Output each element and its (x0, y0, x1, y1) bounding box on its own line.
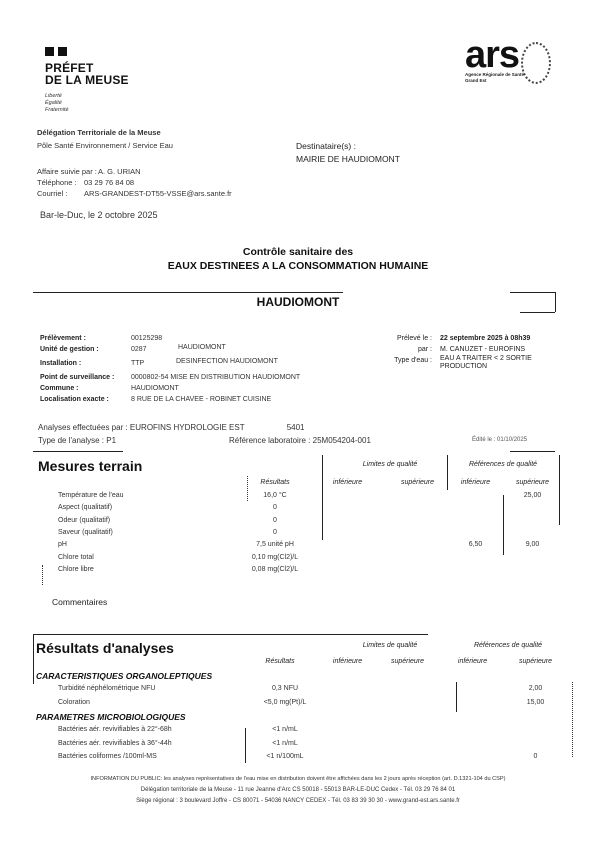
parameter-name: Turbidité néphélométrique NFU (58, 685, 155, 692)
field-col-lim-low: inférieure (320, 479, 375, 486)
lab-col-results: Résultats (245, 658, 315, 665)
category-heading: PARAMETRES MICROBIOLOGIQUES (36, 712, 186, 722)
email-link[interactable]: ARS-GRANDEST-DT55-VSSE@ars.sante.fr (84, 189, 232, 198)
recipient-value: MAIRIE DE HAUDIOMONT (296, 154, 400, 164)
lab-header-limits: Limites de qualité (335, 642, 445, 649)
result-value: 0 (245, 504, 305, 511)
field-measures-title: Mesures terrain (38, 458, 142, 474)
result-value: 7,5 unité pH (245, 541, 305, 548)
parameter-name: pH (58, 541, 67, 548)
result-value: 0,3 NFU (250, 685, 320, 692)
parameter-name: Bactéries coliformes /100ml-MS (58, 753, 157, 760)
sampling-labels: Prélevé le : par : Type d'eau : (360, 333, 432, 366)
ars-logo-icon: ars Agence Régionale de Santé Grand Est (463, 40, 553, 95)
edit-date: Édité le : 01/10/2025 (472, 437, 527, 443)
result-value: 0 (245, 529, 305, 536)
lab-line: Analyses effectuées par : EUROFINS HYDRO… (38, 423, 305, 432)
field-header-limits: Limites de qualité (335, 461, 445, 468)
republic-motto: Liberté Égalité Fraternité (45, 93, 69, 114)
divider (33, 451, 123, 452)
reference-upper: 25,00 (505, 492, 560, 499)
field-col-lim-high: supérieure (390, 479, 445, 486)
result-value: 0 (245, 517, 305, 524)
analysis-type: Type de l'analyse : P1 (38, 436, 116, 445)
footer-address-1: Délégation territoriale de la Meuse - 11… (0, 787, 596, 793)
parameter-name: Chlore total (58, 554, 94, 561)
lab-reference: Référence laboratoire : 25M054204-001 (229, 436, 371, 445)
table-rule (572, 682, 573, 757)
parameter-name: Température de l'eau (58, 492, 124, 499)
parameter-name: Bactéries aér. revivifiables à 22°-68h (58, 726, 172, 733)
parameter-name: Bactéries aér. revivifiables à 36°-44h (58, 740, 172, 747)
parameter-name: Aspect (qualitatif) (58, 504, 112, 511)
table-rule (322, 455, 323, 540)
field-col-results: Résultats (245, 479, 305, 486)
reference-upper: 15,00 (508, 699, 563, 706)
result-value: 16,0 °C (245, 492, 305, 499)
document-title-line1: Contrôle sanitaire des (0, 246, 596, 258)
lab-col-lim-high: supérieure (380, 658, 435, 665)
table-rule (559, 455, 560, 525)
table-rule (42, 565, 43, 585)
divider (510, 292, 555, 293)
result-value: 0,08 mg(Cl2)/L (245, 566, 305, 573)
parameter-name: Saveur (qualitatif) (58, 529, 113, 536)
reference-upper: 2,00 (508, 685, 563, 692)
installation-name: DESINFECTION HAUDIOMONT (176, 358, 278, 365)
field-col-ref-low: inférieure (448, 479, 503, 486)
comments-label: Commentaires (52, 597, 107, 607)
lab-header-refs: Références de qualité (448, 642, 568, 649)
service-name: Pôle Santé Environnement / Service Eau (37, 141, 173, 150)
divider (33, 634, 428, 635)
result-value: 0,10 mg(Cl2)/L (245, 554, 305, 561)
result-value: <1 n/mL (250, 740, 320, 747)
reference-upper: 9,00 (505, 541, 560, 548)
sampling-values: 22 septembre 2025 à 08h39 M. CANUZET - E… (440, 333, 560, 371)
phone-value: 03 29 76 84 08 (84, 178, 134, 187)
marianne-flag-icon (45, 47, 67, 56)
table-rule (503, 495, 504, 555)
reference-upper: 0 (508, 753, 563, 760)
field-col-ref-high: supérieure (505, 479, 560, 486)
parameter-name: Chlore libre (58, 566, 94, 573)
parameter-name: Coloration (58, 699, 90, 706)
result-value: <1 n/100mL (250, 753, 320, 760)
management-unit-name: HAUDIOMONT (178, 344, 226, 351)
lab-col-ref-low: inférieure (445, 658, 500, 665)
table-rule (447, 455, 448, 490)
table-rule (33, 634, 34, 684)
public-information: INFORMATION DU PUBLIC: les analyses repr… (0, 776, 596, 782)
divider (510, 451, 555, 452)
commune-title: HAUDIOMONT (0, 295, 596, 309)
ars-tagline: Agence Régionale de Santé Grand Est (465, 72, 524, 84)
phone-label: Téléphone : (37, 178, 77, 187)
result-value: <5,0 mg(Pt)/L (250, 699, 320, 706)
recipient-label: Destinataire(s) : (296, 141, 356, 151)
divider (33, 292, 343, 293)
parameter-name: Odeur (qualitatif) (58, 517, 110, 524)
email-label: Courriel : (37, 189, 67, 198)
lab-col-ref-high: supérieure (508, 658, 563, 665)
reference-lower: 6,50 (448, 541, 503, 548)
document-title-line2: EAUX DESTINEES A LA CONSOMMATION HUMAINE (0, 260, 596, 272)
lab-results-title: Résultats d'analyses (36, 640, 174, 656)
lab-col-lim-low: inférieure (320, 658, 375, 665)
divider (520, 312, 555, 313)
prefecture-name: PRÉFET DE LA MEUSE (45, 62, 129, 86)
field-header-refs: Références de qualité (448, 461, 558, 468)
followed-by-value: A. G. URIAN (98, 167, 141, 176)
place-date: Bar-le-Duc, le 2 octobre 2025 (40, 210, 158, 220)
footer-address-2: Siège régional : 3 boulevard Joffre - CS… (0, 798, 596, 804)
delegation-name: Délégation Territoriale de la Meuse (37, 128, 161, 137)
category-heading: CARACTERISTIQUES ORGANOLEPTIQUES (36, 671, 212, 681)
followed-by-label: Affaire suivie par : (37, 167, 97, 176)
result-value: <1 n/mL (250, 726, 320, 733)
table-rule (245, 728, 246, 763)
sample-labels: Prélèvement : Unité de gestion : Install… (40, 333, 114, 405)
table-rule (456, 682, 457, 712)
